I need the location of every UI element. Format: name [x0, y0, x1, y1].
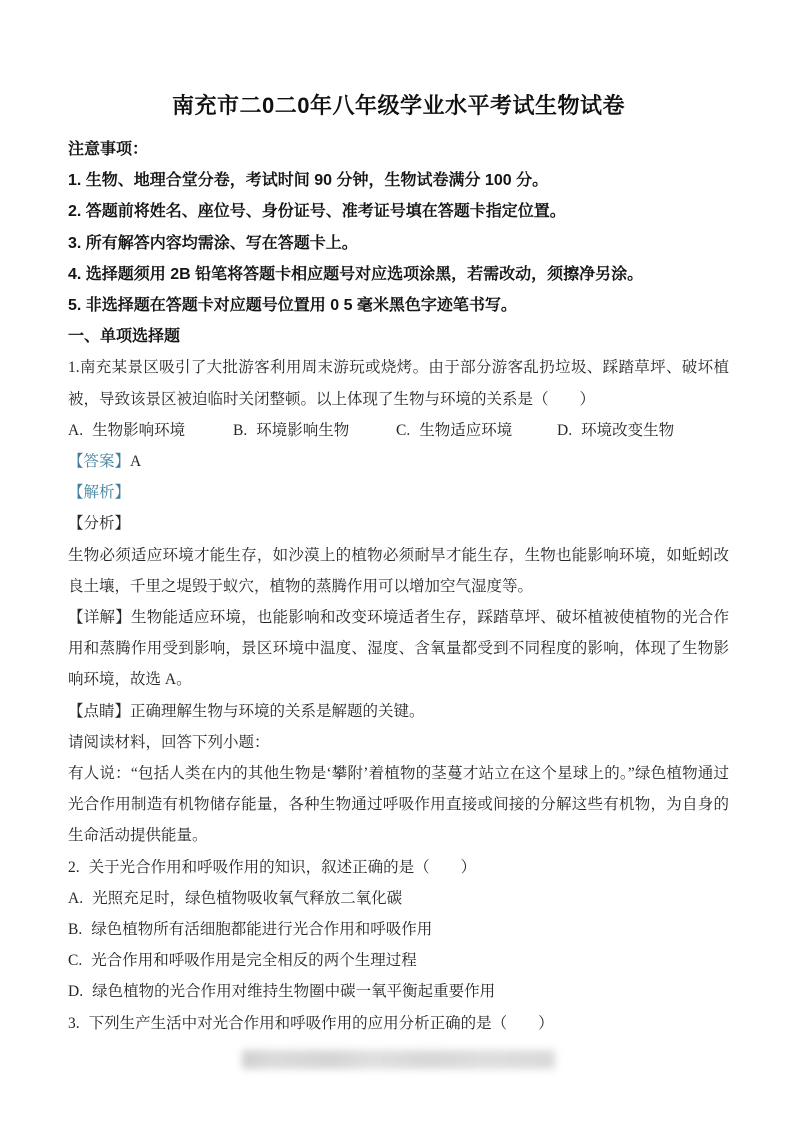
option-b: B.环境影响生物: [233, 415, 396, 446]
jiexi-tag: 【解析】: [68, 484, 130, 501]
notice-item-4: 4. 选择题须用 2B 铅笔将答题卡相应题号对应选项涂黑，若需改动，须擦净另涂。: [68, 259, 729, 290]
material-text: 有人说：“包括人类在内的其他生物是‘攀附’着植物的茎蔓才站立在这个星球上的。”绿…: [68, 758, 729, 852]
question-3-number: 3.: [68, 1015, 80, 1032]
notice-item-3: 3. 所有解答内容均需涂、写在答题卡上。: [68, 228, 729, 259]
question-3-stem: 3.下列生产生活中对光合作用和呼吸作用的应用分析正确的是（ ）: [68, 1008, 729, 1039]
section-heading: 一、单项选择题: [68, 321, 729, 352]
question-2-text: 关于光合作用和呼吸作用的知识，叙述正确的是（ ）: [89, 859, 477, 876]
q2-option-d-label: D.: [68, 983, 83, 1000]
question-2-option-c: C.光合作用和呼吸作用是完全相反的两个生理过程: [68, 945, 729, 976]
dianjing-text: 正确理解生物与环境的关系是解题的关键。: [130, 703, 425, 720]
q2-option-a-label: A.: [68, 890, 83, 907]
xiangjie-text: 生物能适应环境，也能影响和改变环境适者生存，踩踏草坪、破坏植被使植物的光合作用和…: [68, 609, 729, 688]
question-1-options: A.生物影响环境 B.环境影响生物 C.生物适应环境 D.环境改变生物: [68, 415, 729, 446]
answer-value: A: [130, 453, 141, 470]
notice-item-2: 2. 答题前将姓名、座位号、身份证号、准考证号填在答题卡指定位置。: [68, 196, 729, 227]
option-c: C.生物适应环境: [396, 415, 557, 446]
fenxi-tag-line: 【分析】: [68, 508, 729, 539]
xiangjie-paragraph: 【详解】生物能适应环境，也能影响和改变环境适者生存，踩踏草坪、破坏植被使植物的光…: [68, 602, 729, 696]
dianjing-tag: 【点睛】: [68, 703, 130, 720]
q2-option-b-label: B.: [68, 921, 82, 938]
option-d-label: D.: [557, 422, 572, 439]
exam-document-page: 南充市二0二0年八年级学业水平考试生物试卷 注意事项： 1. 生物、地理合堂分卷…: [0, 0, 793, 1122]
question-2-number: 2.: [68, 859, 80, 876]
q2-option-a-text: 光照充足时，绿色植物吸收氧气释放二氧化碳: [92, 890, 402, 907]
q2-option-d-text: 绿色植物的光合作用对维持生物圈中碳一氧平衡起重要作用: [92, 983, 495, 1000]
question-2-stem: 2.关于光合作用和呼吸作用的知识，叙述正确的是（ ）: [68, 852, 729, 883]
question-2-option-b: B.绿色植物所有活细胞都能进行光合作用和呼吸作用: [68, 914, 729, 945]
xiangjie-tag: 【详解】: [68, 609, 131, 626]
option-a-text: 生物影响环境: [92, 422, 185, 439]
question-2-option-d: D.绿色植物的光合作用对维持生物圈中碳一氧平衡起重要作用: [68, 976, 729, 1007]
dianjing-paragraph: 【点睛】正确理解生物与环境的关系是解题的关键。: [68, 696, 729, 727]
notice-heading: 注意事项：: [68, 134, 729, 165]
option-b-label: B.: [233, 422, 247, 439]
answer-line: 【答案】A: [68, 446, 729, 477]
answer-tag: 【答案】: [68, 453, 130, 470]
option-c-label: C.: [396, 422, 410, 439]
analysis-tag-line: 【解析】: [68, 477, 729, 508]
question-3-text: 下列生产生活中对光合作用和呼吸作用的应用分析正确的是（ ）: [89, 1015, 554, 1032]
option-a: A.生物影响环境: [68, 415, 233, 446]
option-b-text: 环境影响生物: [256, 422, 349, 439]
option-d: D.环境改变生物: [557, 415, 674, 446]
fenxi-tag: 【分析】: [68, 515, 130, 532]
blurred-watermark: [242, 1050, 555, 1069]
fenxi-text: 生物必须适应环境才能生存，如沙漠上的植物必须耐旱才能生存，生物也能影响环境，如蚯…: [68, 540, 729, 602]
notice-item-5: 5. 非选择题在答题卡对应题号位置用 0 5 毫米黑色字迹笔书写。: [68, 290, 729, 321]
notice-item-1: 1. 生物、地理合堂分卷，考试时间 90 分钟，生物试卷满分 100 分。: [68, 165, 729, 196]
material-intro: 请阅读材料，回答下列小题：: [68, 727, 729, 758]
q2-option-b-text: 绿色植物所有活细胞都能进行光合作用和呼吸作用: [91, 921, 432, 938]
page-title: 南充市二0二0年八年级学业水平考试生物试卷: [68, 88, 729, 124]
question-1-stem: 1.南充某景区吸引了大批游客利用周末游玩或烧烤。由于部分游客乱扔垃圾、踩踏草坪、…: [68, 352, 729, 414]
option-d-text: 环境改变生物: [581, 422, 674, 439]
q2-option-c-text: 光合作用和呼吸作用是完全相反的两个生理过程: [91, 952, 417, 969]
option-a-label: A.: [68, 422, 83, 439]
question-2-option-a: A.光照充足时，绿色植物吸收氧气释放二氧化碳: [68, 883, 729, 914]
q2-option-c-label: C.: [68, 952, 82, 969]
option-c-text: 生物适应环境: [419, 422, 512, 439]
